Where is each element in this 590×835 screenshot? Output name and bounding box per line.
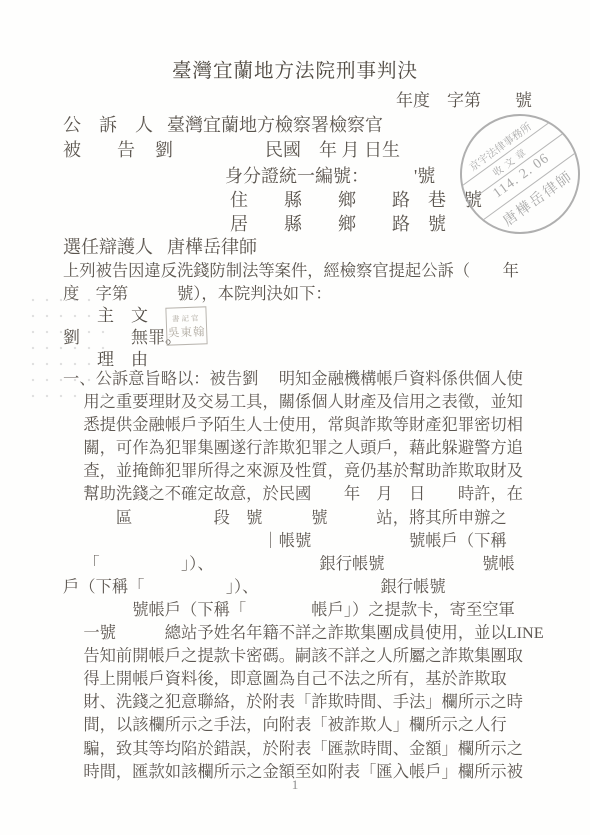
reason-line: 查，並掩飾犯罪所得之來源及性質，竟仍基於幫助詐欺取財及 — [63, 459, 544, 482]
defendant-domicile-line: 居 縣 鄉 路 號 — [230, 214, 446, 236]
prosecutor-row: 公 訴 人臺灣宜蘭地方檢察署檢察官 — [63, 115, 383, 137]
defendant-label: 被 告 — [63, 140, 135, 160]
counsel-row: 選任辯護人唐樺岳律師 — [63, 237, 257, 259]
reason-line: 間，以該欄所示之手法，向附表「被詐欺人」欄所示之人行 — [63, 713, 544, 736]
counsel-name: 唐樺岳律師 — [167, 237, 257, 257]
reason-line: 幫助洗錢之不確定故意，於民國 年 月 日 時許，在 — [63, 482, 544, 505]
defendant-name: 劉 — [155, 140, 173, 160]
reason-line: 騙，致其等均陷於錯誤，於附表「匯款時間、金額」欄所示之 — [63, 737, 544, 760]
preamble-line-1: 上列被告因違反洗錢防制法等案件，經檢察官提起公訴（ 年 — [63, 261, 519, 281]
reason-line: 區 段 號 號 站，將其所申辦之 — [63, 506, 544, 529]
reason-line: 戶（下稱「 」）、 銀行帳號 — [63, 575, 544, 598]
reason-line: 「 」）、 銀行帳號 號帳 — [63, 552, 544, 575]
reason-line: 用之重要理財及交易工具，關係個人財產及信用之表徵，並知 — [63, 390, 544, 413]
counsel-label: 選任辯護人 — [63, 237, 153, 257]
reason-line: ｜帳號 號帳戶（下稱 — [63, 529, 544, 552]
prosecutor-name: 臺灣宜蘭地方檢察署檢察官 — [167, 115, 383, 135]
clerk-seal-stamp: 書記官 吳東翰 — [165, 306, 207, 345]
prosecutor-label: 公 訴 人 — [63, 115, 153, 135]
reason-line: 財、洗錢之犯意聯絡，於附表「詐欺時間、手法」欄所示之時 — [63, 690, 544, 713]
defendant-residence-line: 住 縣 鄉 路 巷 號 — [230, 190, 482, 212]
reason-line: 告知前開帳戶之提款卡密碼。嗣該不詳之人所屬之詐欺集團取 — [63, 644, 544, 667]
reason-line: 一、公訴意旨略以：被告劉 明知金融機構帳戶資料係供個人使 — [63, 367, 544, 390]
defendant-birth: 民國 年 月 日生 — [265, 140, 400, 160]
judgment-page: 臺灣宜蘭地方法院刑事判決 年度 字第 號 公 訴 人臺灣宜蘭地方檢察署檢察官 被… — [0, 0, 590, 835]
clerk-seal-name: 吳東翰 — [168, 323, 206, 340]
court-title: 臺灣宜蘭地方法院刑事判決 — [172, 60, 418, 83]
reason-line: 悉提供金融帳戶予陌生人士使用，常與詐欺等財產犯罪密切相 — [63, 413, 544, 436]
law-firm-receipt-stamp: 京宇法律事務所 收文章 114. 2. 06 唐樺岳律師 — [436, 90, 590, 258]
reason-body: 一、公訴意旨略以：被告劉 明知金融機構帳戶資料係供個人使 用之重要理財及交易工具… — [63, 367, 544, 783]
defendant-id-line: 身分證統一編號： '號 — [225, 166, 435, 188]
case-number: 年度 字第 號 — [396, 91, 532, 111]
scan-dots-artifact — [26, 292, 112, 410]
reason-line: 得上開帳戶資料後，即意圖為自己不法之所有，基於詐欺取 — [63, 667, 544, 690]
reason-line: 關，可作為犯罪集團遂行詐欺犯罪之人頭戶，藉此躲避警方追 — [63, 436, 544, 459]
defendant-row: 被 告劉民國 年 月 日生 — [63, 140, 400, 162]
page-number: 1 — [0, 777, 590, 793]
reason-line: 號帳戶（下稱「 帳戶」）之提款卡，寄至空軍 — [63, 598, 544, 621]
reason-line: 一號 總站予姓名年籍不詳之詐欺集團成員使用，並以LINE — [63, 621, 544, 644]
